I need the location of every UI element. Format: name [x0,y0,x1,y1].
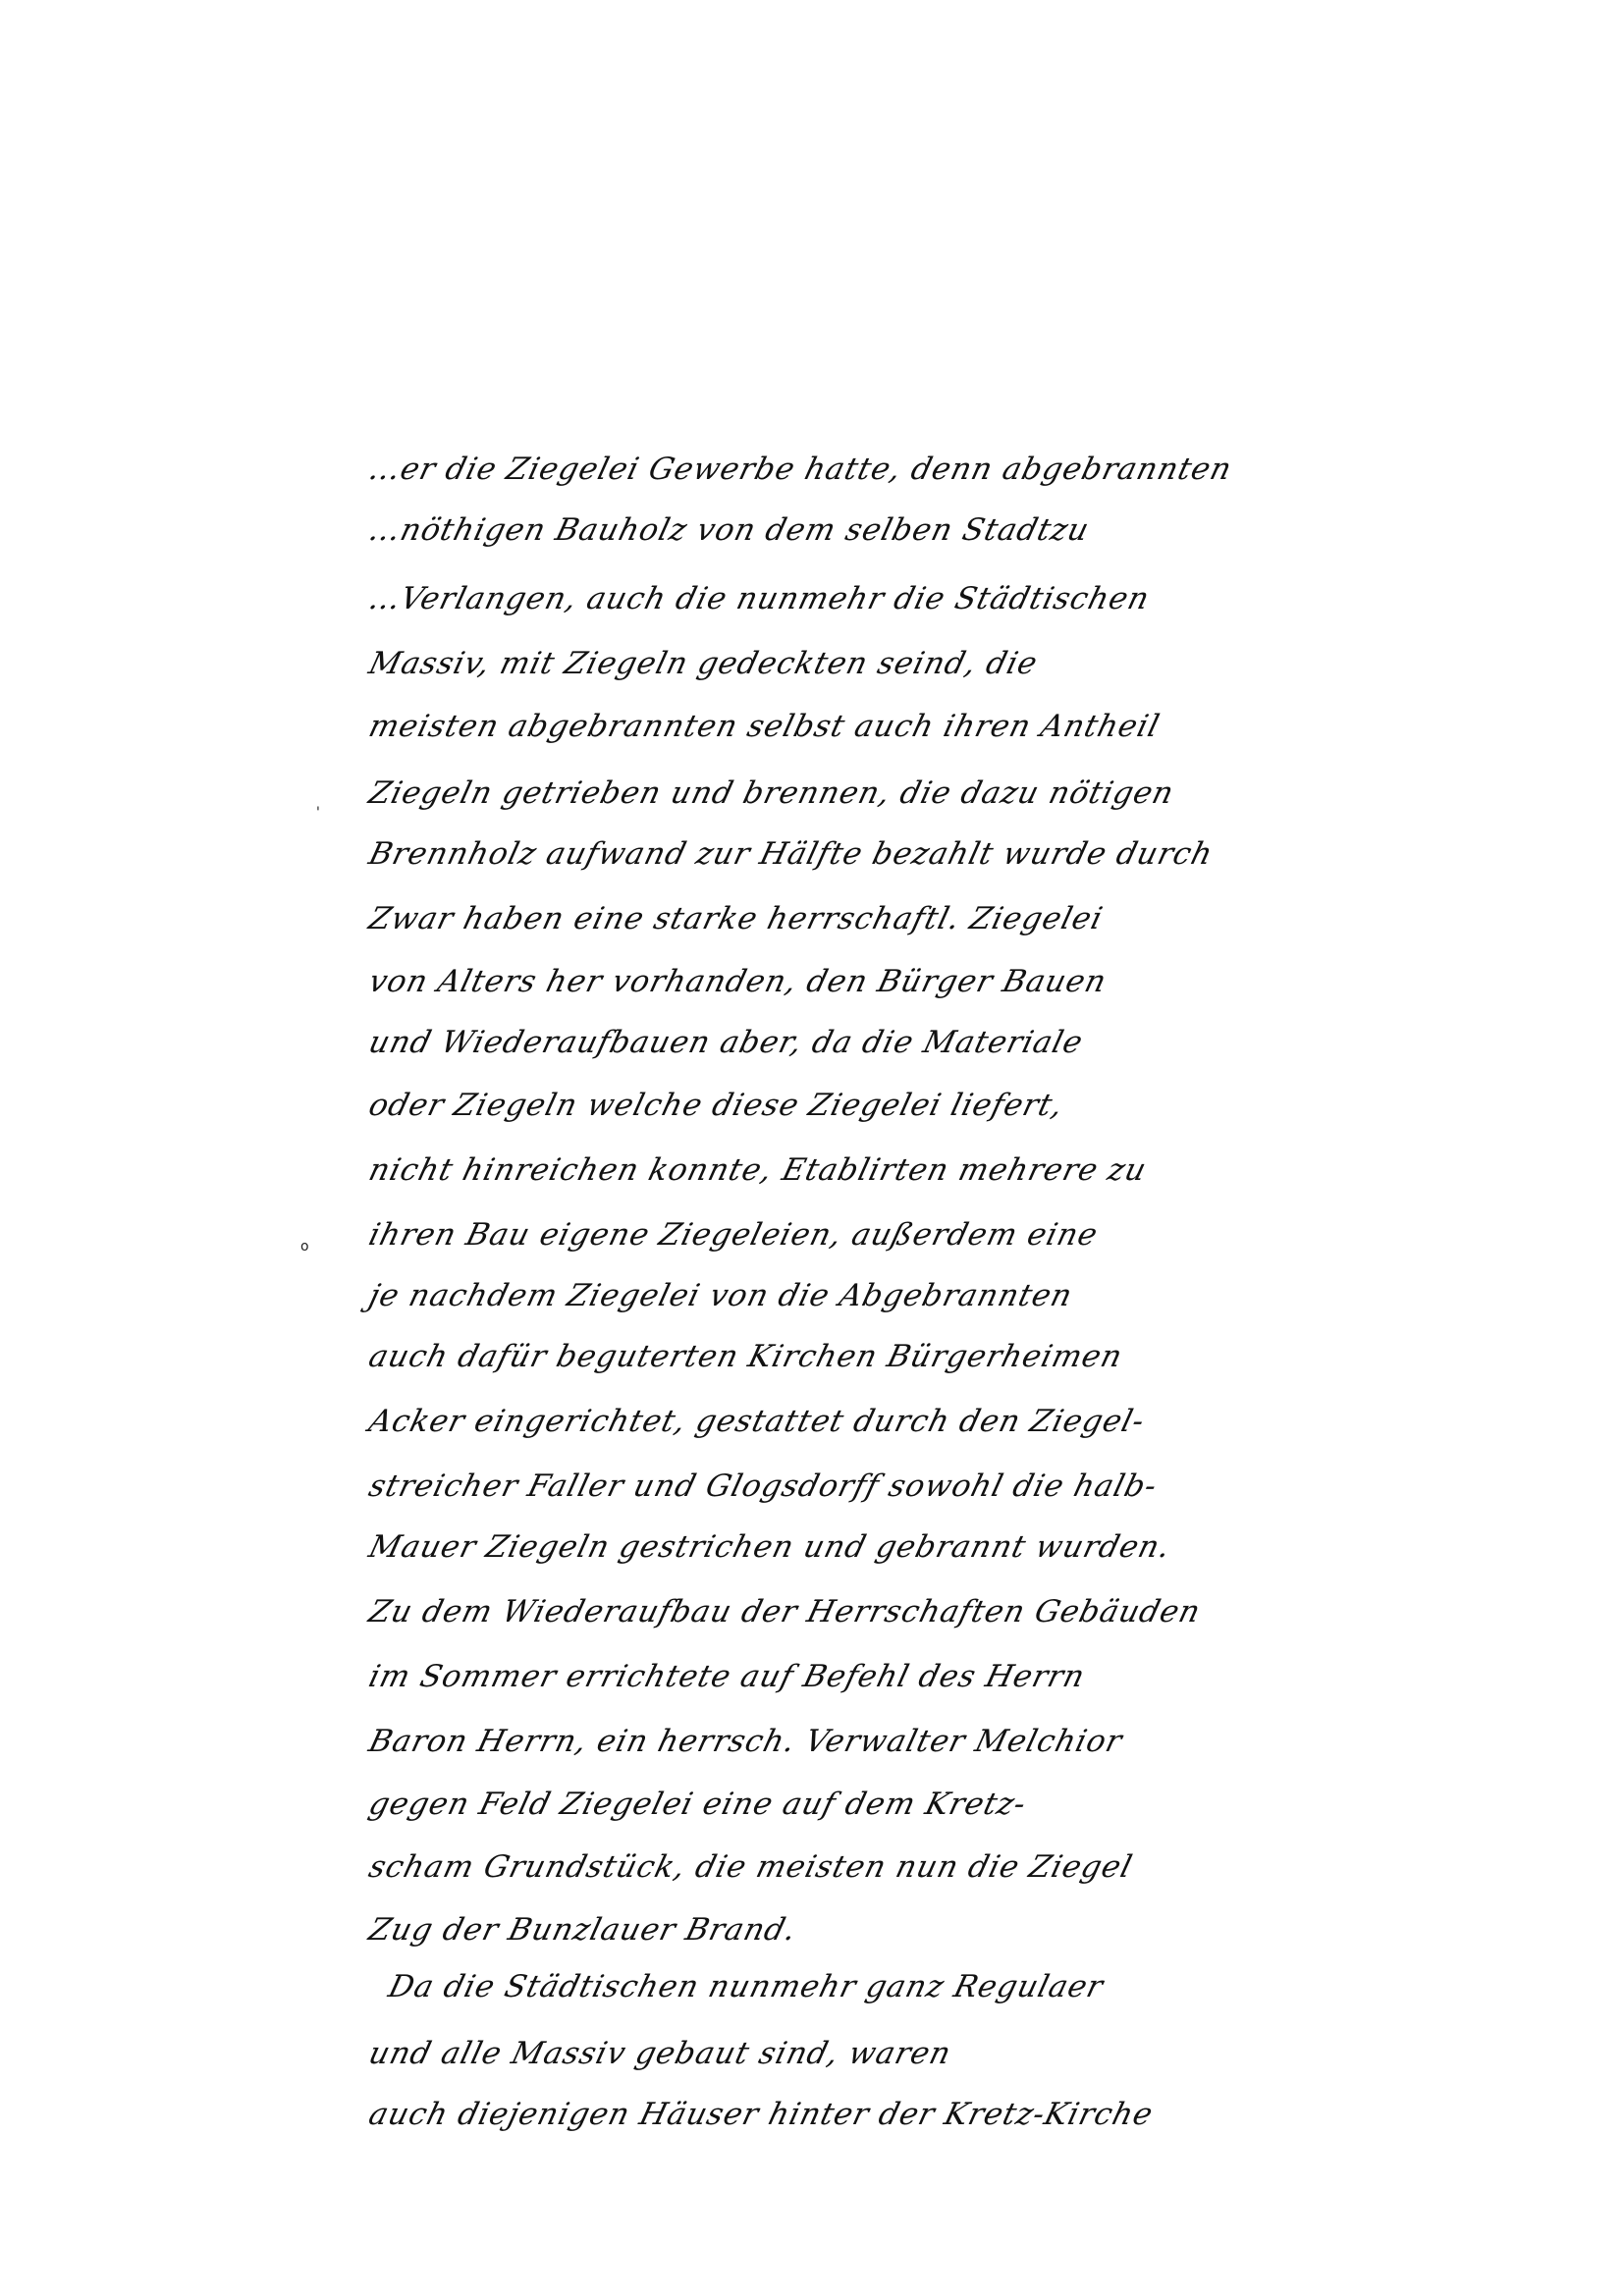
text-line: Massiv, mit Ziegeln gedeckten seind, die [365,646,1042,681]
text-line: je nachdem Ziegelei von die Abgebrannten [365,1278,1076,1313]
text-line: Mauer Ziegeln gestrichen und gebrannt wu… [365,1529,1174,1565]
text-line: nicht hinreichen konnte, Etablirten mehr… [365,1152,1151,1188]
text-line: gegen Feld Ziegelei eine auf dem Kretz- [365,1787,1030,1822]
text-line: und alle Massiv gebaut sind, waren [365,2036,955,2071]
text-line: von Alters her vorhanden, den Bürger Bau… [365,964,1110,999]
text-line: und Wiederaufbauen aber, da die Material… [365,1025,1087,1060]
text-line: …Verlangen, auch die nunmehr die Städtis… [365,581,1154,616]
text-line: Zwar haben eine starke herrschaftl. Zieg… [365,901,1107,936]
text-line: …er die Ziegelei Gewerbe hatte, denn abg… [365,452,1236,487]
text-line: streicher Faller und Glogsdorff sowohl d… [365,1468,1162,1504]
scanned-page: …er die Ziegelei Gewerbe hatte, denn abg… [0,0,1624,2296]
text-line: Zug der Bunzlauer Brand. [365,1912,800,1948]
text-line: Ziegeln getrieben und brennen, die dazu … [365,775,1178,811]
text-line: Brennholz aufwand zur Hälfte bezahlt wur… [365,836,1217,872]
text-line: auch dafür beguterten Kirchen Bürgerheim… [365,1339,1126,1374]
text-line: ihren Bau eigene Ziegeleien, außerdem ei… [365,1217,1102,1253]
text-line: …nöthigen Bauholz von dem selben Stadtzu [365,512,1093,548]
text-line: meisten abgebrannten selbst auch ihren A… [365,709,1164,744]
margin-tick-mark: ' [316,805,320,821]
text-line: oder Ziegeln welche diese Ziegelei liefe… [365,1088,1067,1123]
text-line: auch diejenigen Häuser hinter der Kretz-… [365,2097,1157,2132]
text-line: Zu dem Wiederaufbau der Herrschaften Geb… [365,1594,1205,1629]
text-line: Acker eingerichtet, gestattet durch den … [365,1404,1149,1439]
margin-circle-mark: o [300,1239,309,1255]
text-line: im Sommer errichtete auf Befehl des Herr… [365,1659,1089,1694]
text-line: Baron Herrn, ein herrsch. Verwalter Melc… [365,1724,1126,1759]
text-line: scham Grundstück, die meisten nun die Zi… [365,1849,1136,1885]
text-line: Da die Städtischen nunmehr ganz Regulaer [385,1969,1108,2004]
